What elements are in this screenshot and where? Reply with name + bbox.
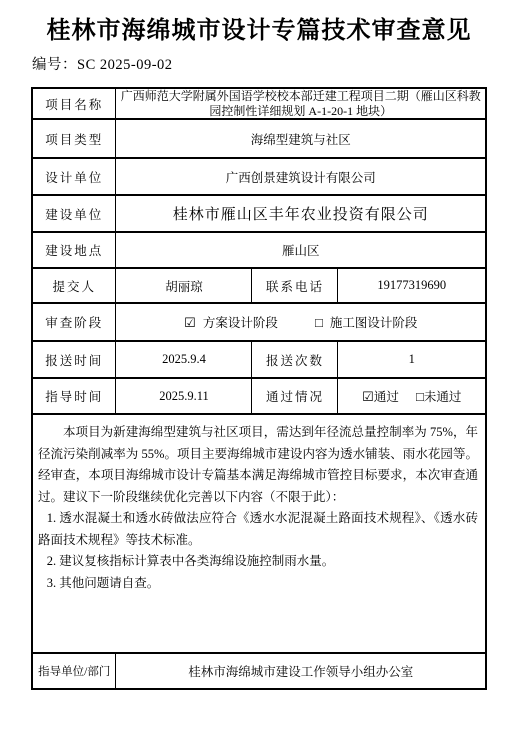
phone-value: 19177319690 <box>338 268 486 303</box>
guide-unit-label: 指导单位/部门 <box>32 653 116 689</box>
construction-site-value: 雁山区 <box>116 232 486 268</box>
review-comment-item-2: 2. 建议复核指标计算表中各类海绵设施控制雨水量。 <box>38 551 478 573</box>
scheme-stage-checkbox[interactable]: ☑ <box>184 315 196 330</box>
submitter-name: 胡丽琼 <box>116 268 252 303</box>
page-title: 桂林市海绵城市设计专篇技术审查意见 <box>0 17 518 46</box>
row-design-unit: 设计单位 广西创景建筑设计有限公司 <box>32 158 486 195</box>
pass-status-label: 通过情况 <box>252 378 338 414</box>
project-name-label: 项目名称 <box>32 88 116 119</box>
document-number-value: SC 2025-09-02 <box>77 57 173 73</box>
project-name-value: 广西师范大学附属外国语学校校本部迁建工程项目二期（雁山区科教园控制性详细规划 A… <box>116 88 486 119</box>
construction-unit-value: 桂林市雁山区丰年农业投资有限公司 <box>116 195 486 232</box>
row-construction-site: 建设地点 雁山区 <box>32 232 486 268</box>
passed-text: 通过 <box>374 390 399 404</box>
not-passed-text: 未通过 <box>424 390 462 404</box>
row-submitter: 提交人 胡丽琼 联系电话 19177319690 <box>32 268 486 303</box>
construction-site-label: 建设地点 <box>32 232 116 268</box>
construction-drawing-stage-checkbox[interactable]: □ <box>315 315 323 330</box>
guide-unit-value: 桂林市海绵城市建设工作领导小组办公室 <box>116 653 486 689</box>
row-project-name: 项目名称 广西师范大学附属外国语学校校本部迁建工程项目二期（雁山区科教园控制性详… <box>32 88 486 119</box>
passed-checkbox[interactable]: ☑ <box>362 389 374 404</box>
pass-status-options: ☑通过 □未通过 <box>338 378 486 414</box>
review-comments-paragraph: 本项目为新建海绵型建筑与社区项目，需达到年径流总量控制率为 75%，年径流污染削… <box>38 422 478 508</box>
scheme-stage-text: 方案设计阶段 <box>203 316 278 330</box>
document-page: 桂林市海绵城市设计专篇技术审查意见 编号：SC 2025-09-02 项目名称 … <box>0 0 518 731</box>
review-comments-cell: 本项目为新建海绵型建筑与社区项目，需达到年径流总量控制率为 75%，年径流污染削… <box>32 414 486 653</box>
guidance-date: 2025.9.11 <box>116 378 252 414</box>
review-form-table: 项目名称 广西师范大学附属外国语学校校本部迁建工程项目二期（雁山区科教园控制性详… <box>31 87 487 690</box>
review-stage-label: 审查阶段 <box>32 303 116 341</box>
submission-time-label: 报送时间 <box>32 341 116 378</box>
construction-unit-label: 建设单位 <box>32 195 116 232</box>
design-unit-value: 广西创景建筑设计有限公司 <box>116 158 486 195</box>
review-stage-options: ☑方案设计阶段 □施工图设计阶段 <box>116 303 486 341</box>
submission-count-label: 报送次数 <box>252 341 338 378</box>
submission-count: 1 <box>338 341 486 378</box>
passed-option: ☑通过 <box>362 390 399 404</box>
submitter-label: 提交人 <box>32 268 116 303</box>
row-guidance: 指导时间 2025.9.11 通过情况 ☑通过 □未通过 <box>32 378 486 414</box>
construction-drawing-stage-option: □施工图设计阶段 <box>315 316 417 330</box>
row-construction-unit: 建设单位 桂林市雁山区丰年农业投资有限公司 <box>32 195 486 232</box>
document-number-label: 编号： <box>32 57 77 73</box>
phone-label: 联系电话 <box>252 268 338 303</box>
not-passed-option: □未通过 <box>416 390 461 404</box>
row-review-comments: 本项目为新建海绵型建筑与社区项目，需达到年径流总量控制率为 75%，年径流污染削… <box>32 414 486 653</box>
row-submission: 报送时间 2025.9.4 报送次数 1 <box>32 341 486 378</box>
project-type-label: 项目类型 <box>32 119 116 158</box>
construction-drawing-stage-text: 施工图设计阶段 <box>330 316 418 330</box>
project-type-value: 海绵型建筑与社区 <box>116 119 486 158</box>
review-comment-item-1: 1. 透水混凝土和透水砖做法应符合《透水水泥混凝土路面技术规程》、《透水砖路面技… <box>38 508 478 551</box>
document-number: 编号：SC 2025-09-02 <box>32 57 518 74</box>
not-passed-checkbox[interactable]: □ <box>416 389 424 404</box>
scheme-stage-option: ☑方案设计阶段 <box>184 316 278 330</box>
row-review-stage: 审查阶段 ☑方案设计阶段 □施工图设计阶段 <box>32 303 486 341</box>
design-unit-label: 设计单位 <box>32 158 116 195</box>
guidance-time-label: 指导时间 <box>32 378 116 414</box>
row-project-type: 项目类型 海绵型建筑与社区 <box>32 119 486 158</box>
review-comment-item-3: 3. 其他问题请自查。 <box>38 573 478 595</box>
submission-date: 2025.9.4 <box>116 341 252 378</box>
row-guide-unit: 指导单位/部门 桂林市海绵城市建设工作领导小组办公室 <box>32 653 486 689</box>
